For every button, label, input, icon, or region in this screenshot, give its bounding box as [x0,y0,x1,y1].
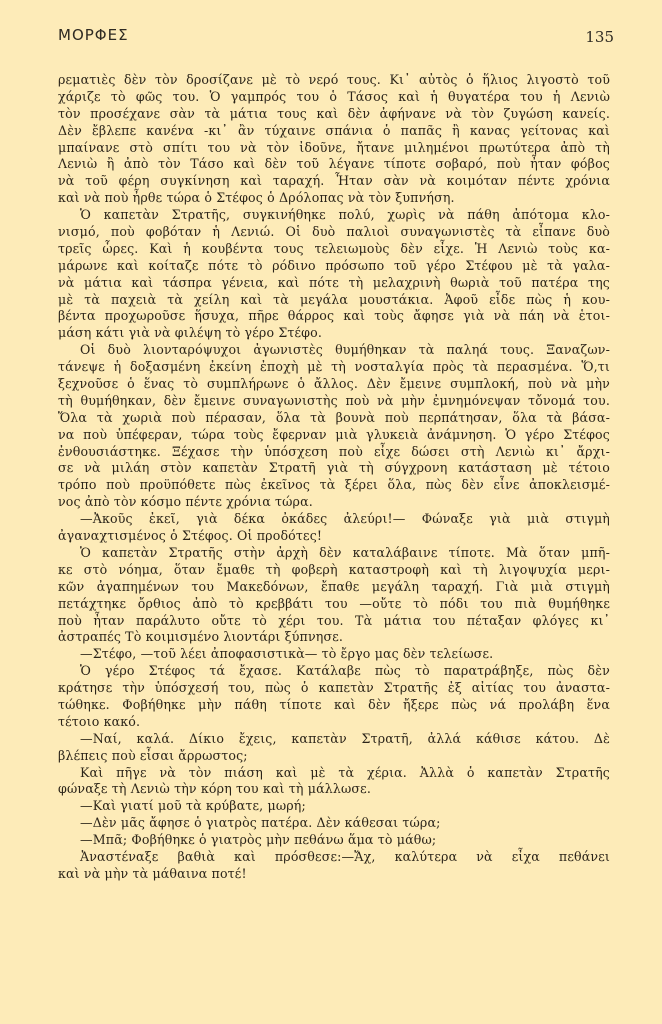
text-line: ἐνθουσιάστηκε. Ξέχασε τὴν ὑπόσχεση ποὺ ε… [58,444,610,461]
text-line: νισμό, ποὺ φοβόταν ἡ Λενιώ. Οἱ δυὸ παλιο… [58,224,610,241]
text-line: ξεχνοῦσε ὁ ἕνας τὸ συμπλήρωνε ὁ ἄλλος. Δ… [58,376,610,393]
text-line: Οἱ δυὸ λιονταρόψυχοι ἀγωνιστὲς θυμήθηκαν… [58,342,610,359]
text-line: μάση κάτι γιὰ νὰ φιλέψη τὸ γέρο Στέφο. [58,325,610,342]
text-line: ἀστραπές Τὸ κοιμισμένο λιοντάρι ξύπνησε. [58,629,610,646]
text-line: ποὺ ἦταν παράλυτο οὔτε τὸ χέρι του. Τὰ μ… [58,613,610,630]
body-text: ρεματιὲς δὲν τὸν δροσίζανε μὲ τὸ νερό το… [58,72,610,883]
text-line: —Καὶ γιατί μοῦ τὰ κρύβατε, μωρή; [58,798,610,815]
text-line: καὶ νὰ μὴν τὰ μάθαινα ποτέ! [58,866,610,883]
text-line: νος ἀπὸ τὸν κόσμο πέντε χρόνια τώρα. [58,494,610,511]
text-line: ρεματιὲς δὲν τὸν δροσίζανε μὲ τὸ νερό το… [58,72,610,89]
text-line: Ὁ καπετὰν Στρατῆς, συγκινήθηκε πολύ, χωρ… [58,207,610,224]
text-line: Ἀναστέναξε βαθιὰ καὶ πρόσθεσε:—Ἄχ, καλύτ… [58,849,610,866]
text-line: τώθηκε. Φοβήθηκε μὴν πάθη τίποτε καὶ δὲν… [58,697,610,714]
text-line: —Μπᾶ; Φοβήθηκε ὁ γιατρὸς μὴν πεθάνω ἅμα … [58,832,610,849]
text-line: Ὁ καπετὰν Στρατῆς στὴν ἀρχὴ δὲν καταλάβα… [58,545,610,562]
text-line: βέντα προχωροῦσε ἥσυχα, πῆρε θάρρος καὶ … [58,308,610,325]
running-title: ΜΟΡΦΕΣ [58,26,129,44]
text-line: νὰ τοῦ φέρη συγκίνηση καὶ ταραχή. Ἦταν σ… [58,173,610,190]
text-line: κράτησε τὴν ὑπόσχεσή του, πὼς ὁ καπετὰν … [58,680,610,697]
text-line: Δὲν ἔβλεπε κανένα -κι᾿ ἂν τύχαινε σπάνια… [58,123,610,140]
text-line: τάνεψε ἡ δοξασμένη ἐκείνη ἐποχὴ μὲ τὴ νο… [58,359,610,376]
text-line: βλέπεις ποὺ εἶσαι ἄρρωστος; [58,748,610,765]
text-line: τρόπο ποὺ προϋπόθετε πὼς ἐκεῖνος τὰ ξέρε… [58,477,610,494]
text-line: κε στὸ νόημα, ὅταν ἔμαθε τὴ φοβερὴ κατασ… [58,562,610,579]
text-line: Λενιὼ ἢ ἀπὸ τὸν Τάσο καὶ δὲν τοῦ λέγανε … [58,156,610,173]
book-page: ΜΟΡΦΕΣ 135 ρεματιὲς δὲν τὸν δροσίζανε μὲ… [0,0,662,1024]
text-line: Ὁ γέρο Στέφος τά ἔχασε. Κατάλαβε πὼς τὸ … [58,663,610,680]
page-number: 135 [585,28,614,46]
text-line: πετάχτηκε ὄρθιος ἀπὸ τὸ κρεββάτι του —οὔ… [58,596,610,613]
text-line: τρεῖς ὧρες. Καὶ ἡ κουβέντα τους τελειωμο… [58,241,610,258]
text-line: Ὅλα τὰ χωριὰ ποὺ πέρασαν, ὅλα τὰ βουνὰ π… [58,410,610,427]
text-line: Καὶ πῆγε νὰ τὸν πιάση καὶ μὲ τὰ χέρια. Ἀ… [58,765,610,782]
text-line: καὶ νὰ ποὺ ἦρθε τώρα ὁ Στέφος ὁ Δρόλοπας… [58,190,610,207]
text-line: νὰ μάτια καὶ τάσπρα γένεια, καὶ πότε τὴ … [58,275,610,292]
text-line: —Στέφο, —τοῦ λέει ἀποφασιστικὰ— τὸ ἔργο … [58,646,610,663]
text-line: σε νὰ μιλάη στὸν καπετὰν Στρατῆ γιὰ τὴ σ… [58,460,610,477]
text-line: —Ναί, καλά. Δίκιο ἔχεις, καπετὰν Στρατῆ,… [58,731,610,748]
text-line: τὴ θυμήθηκαν, δὲν ἔμεινε συναγωνιστὴς πο… [58,393,610,410]
text-line: ἀγαναχτισμένος ὁ Στέφος. Οἱ προδότες! [58,528,610,545]
text-line: κῶν ἀγαπημένων του Μακεδόνων, ἔπαθε μεγά… [58,579,610,596]
text-line: τὸν προσέχανε σὰν τὰ μάτια τους καὶ δὲν … [58,106,610,123]
text-line: να ποὺ ὑπέφεραν, τώρα τοὺς ἔφερναν μιὰ γ… [58,427,610,444]
text-line: —Δὲν μᾶς ἄφησε ὁ γιατρὸς πατέρα. Δὲν κάθ… [58,815,610,832]
text-line: τέτοιο κακό. [58,714,610,731]
text-line: φώναξε τὴ Λενιὼ τὴν κόρη του καὶ τὴ μάλλ… [58,781,610,798]
text-line: μπαίνανε στὸ σπίτι του νὰ τὸν ἰδοῦνε, ἤτ… [58,140,610,157]
text-line: χάριζε τὸ φῶς του. Ὁ γαμπρός του ὁ Τάσος… [58,89,610,106]
text-line: μάρωνε καὶ κοίταζε πότε τὸ ρόδινο πρόσωπ… [58,258,610,275]
text-line: —Ἀκοῦς ἐκεῖ, γιὰ δέκα ὀκάδες ἀλεύρι!— Φώ… [58,511,610,528]
text-line: μὲ τὰ παχειὰ τὰ χείλη καὶ τὰ μεγάλα μουσ… [58,292,610,309]
